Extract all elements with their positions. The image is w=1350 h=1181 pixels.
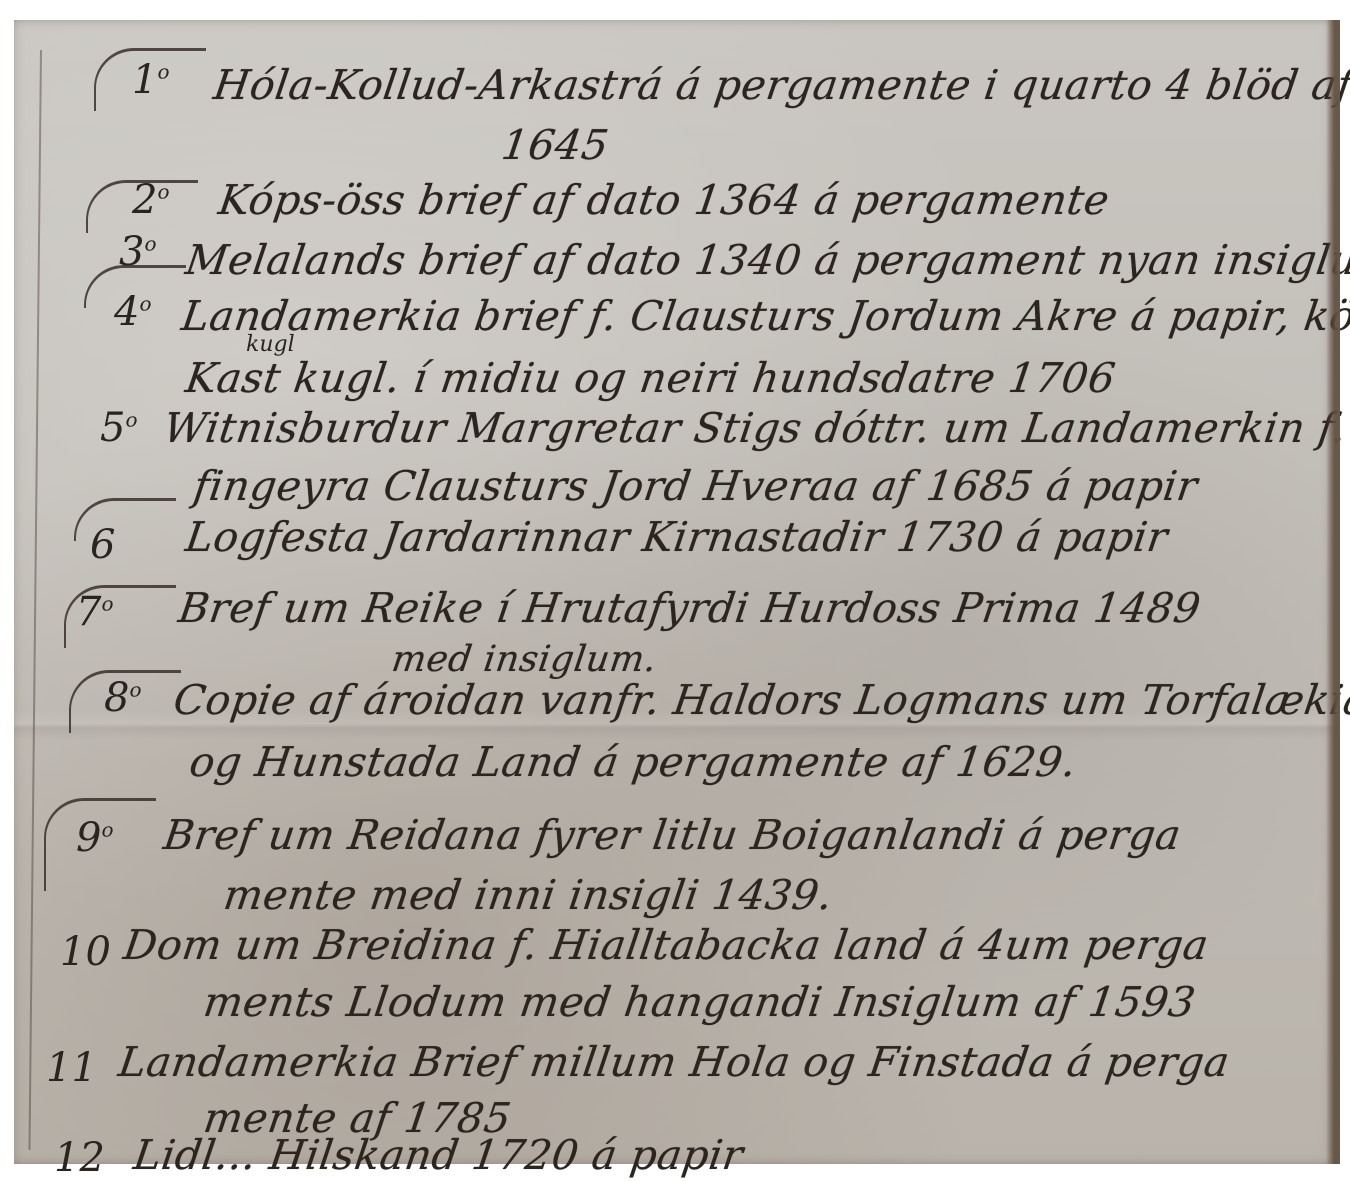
entry-text-line: og Hunstada Land á pergamente af 1629. [187, 742, 1079, 783]
entry-number: 2o [132, 180, 170, 220]
entry-number: 8o [104, 678, 142, 718]
entry-number: 3o [119, 232, 157, 272]
entry-number: 12 [54, 1138, 105, 1178]
entry-text-line: Witnisburdur Margretar Stigs dóttr. um L… [161, 408, 1349, 449]
entry-text-line: Landamerkia brief f. Clausturs Jordum Ak… [179, 296, 1350, 337]
entry-text-line: mente med inni insigli 1439. [221, 875, 835, 916]
entry-text-line: Dom um Breidina f. Hialltabacka land á 4… [121, 925, 1211, 966]
entry-number: 9o [76, 818, 114, 858]
entry-text-line: Copie af ároidan vanfr. Haldors Logmans … [171, 680, 1350, 721]
entry-number: 1o [132, 60, 170, 100]
entry-text-line: fingeyra Clausturs Jord Hveraa af 1685 á… [191, 466, 1200, 507]
entry-number: 5o [100, 408, 138, 448]
entry-number: 11 [46, 1048, 97, 1088]
entry-text-line: Bref um Reidana fyrer litlu Boiganlandi … [161, 815, 1183, 856]
manuscript-page: 1o Hóla-Kollud-Arkastrá á pergamente i q… [14, 20, 1340, 1164]
entry-text-line: Logfesta Jardarinnar Kirnastadir 1730 á … [183, 517, 1170, 558]
entry-text-line: 1645 [499, 125, 611, 166]
entry-number: 10 [60, 932, 111, 972]
entry-text-line: med insiglum. [389, 642, 659, 678]
entry-text-line: Hóla-Kollud-Arkastrá á pergamente i quar… [211, 65, 1350, 106]
entry-text-line: Lidl... Hilskand 1720 á papir [131, 1135, 746, 1176]
entry-number: 7o [76, 592, 114, 632]
entry-number: 6 [90, 525, 115, 565]
entry-number: 4o [114, 292, 152, 332]
entry-text-line: Melalands brief af dato 1340 á pergament… [183, 240, 1350, 281]
entry-text-line: ments Llodum med hangandi Insiglum af 15… [201, 982, 1198, 1023]
entry-text-line: Kóps-öss brief af dato 1364 á pergamente [216, 180, 1112, 221]
entry-text-line: Landamerkia Brief millum Hola og Finstad… [116, 1042, 1232, 1083]
margin-rule [28, 50, 42, 1150]
entry-text-line: Bref um Reike í Hrutafyrdi Hurdoss Prima… [176, 588, 1203, 629]
entry-text-line: Kast kugl. í midiu og neiri hundsdatre 1… [183, 358, 1118, 399]
